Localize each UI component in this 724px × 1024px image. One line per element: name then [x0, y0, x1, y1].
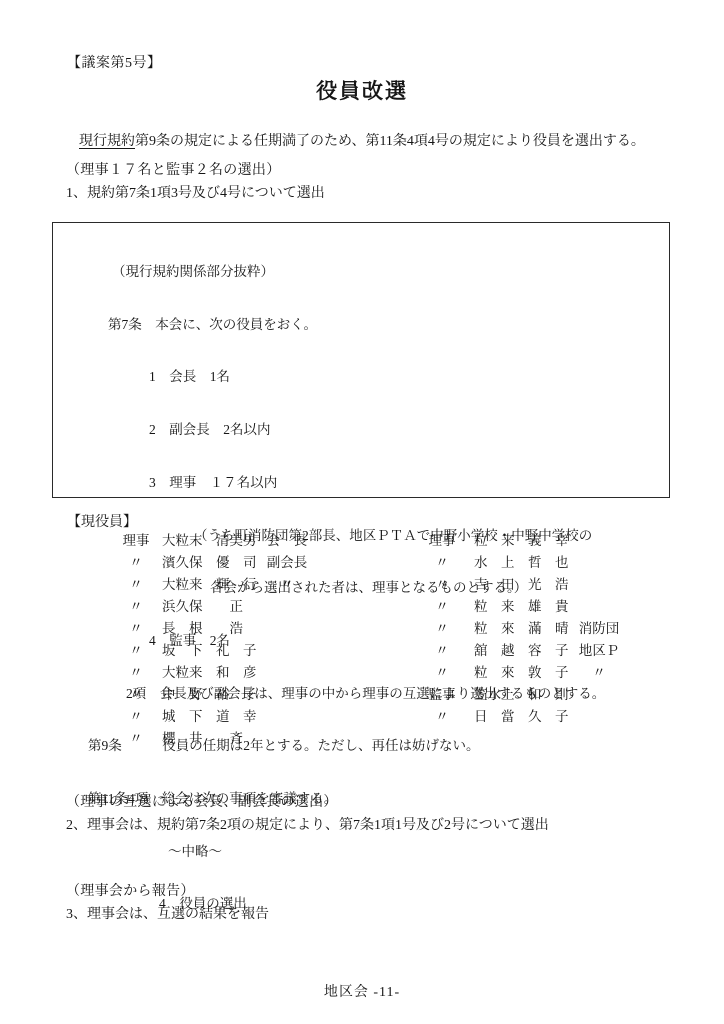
- officer-position: 〃: [422, 596, 462, 618]
- officer-name: 水 上 哲 也: [474, 552, 569, 574]
- officer-name: 浜久保 正: [162, 596, 243, 618]
- officer-role: 会 長: [258, 530, 316, 552]
- officer-position: 〃: [422, 618, 462, 640]
- officer-position: 〃: [116, 684, 156, 706]
- officer-row: 〃中 野 裕 子: [116, 684, 257, 706]
- officer-role: 副会長: [258, 552, 316, 574]
- officer-position: 監事: [422, 684, 462, 706]
- officer-name: 大粒末 清美男: [162, 530, 257, 552]
- officer-position: 理事: [116, 530, 156, 552]
- officer-name: 濱久保 優 司: [162, 552, 257, 574]
- officers-column-left: 理事大粒末 清美男会 長 〃濱久保 優 司副会長 〃大粒来 輝 行〃 〃浜久保 …: [116, 530, 257, 750]
- officer-row: 〃浜久保 正: [116, 596, 257, 618]
- officer-name: 粒 來 滿 晴: [474, 618, 569, 640]
- officer-row: 〃水 上 哲 也: [422, 552, 569, 574]
- officer-row: 〃舘 越 容 子地区Ｐ: [422, 640, 569, 662]
- bylaws-excerpt-box: （現行規約関係部分抜粋） 第7条 本会に、次の役員をおく。 1 会長 1名 2 …: [52, 222, 670, 498]
- officer-position: 〃: [422, 574, 462, 596]
- selection-note: （理事１７名と監事２名の選出）: [66, 159, 281, 179]
- officer-row: 〃大粒来 和 彦: [116, 662, 257, 684]
- officer-row: 〃粒 來 敦 子〃: [422, 662, 569, 684]
- officer-name: 吉 田 光 浩: [474, 574, 569, 596]
- proposal-number-label: 【議案第5号】: [67, 52, 162, 72]
- officer-position: 〃: [116, 640, 156, 662]
- officer-row: 〃櫻 井 斉: [116, 728, 257, 750]
- officer-name: 大粒来 輝 行: [162, 574, 257, 596]
- officer-position: 〃: [422, 552, 462, 574]
- officer-position: 〃: [116, 706, 156, 728]
- officers-column-right: 理事粒 来 義 幸 〃水 上 哲 也 〃吉 田 光 浩 〃粒 来 雄 貴 〃粒 …: [422, 530, 569, 728]
- document-title: 役員改選: [0, 75, 724, 105]
- current-officers-heading: 【現役員】: [67, 511, 137, 531]
- bylaw-line: ～中略～: [53, 842, 669, 863]
- officer-note: 〃: [570, 662, 628, 684]
- officer-row: 〃日 當 久 子: [422, 706, 569, 728]
- officer-name: 長 根 浩: [162, 618, 243, 640]
- officer-position: 〃: [116, 618, 156, 640]
- officer-name: 日 當 久 子: [474, 706, 569, 728]
- bylaw-line: 3 理事 １７名以内: [53, 473, 669, 494]
- agenda-item-1: 1、規約第7条1項3号及び4号について選出: [66, 182, 325, 202]
- officer-name: 舘 越 容 子: [474, 640, 569, 662]
- officer-role: 〃: [258, 574, 316, 596]
- officer-name: 笠水上 和 則: [474, 684, 569, 706]
- officer-position: 〃: [116, 728, 156, 750]
- officer-position: 〃: [116, 596, 156, 618]
- bylaw-line: 1 会長 1名: [53, 367, 669, 388]
- officer-position: 理事: [422, 530, 462, 552]
- officer-row: 〃城 下 道 幸: [116, 706, 257, 728]
- officer-position: 〃: [116, 552, 156, 574]
- officer-name: 粒 来 義 幸: [474, 530, 569, 552]
- officer-name: 粒 來 敦 子: [474, 662, 569, 684]
- officer-name: 大粒来 和 彦: [162, 662, 257, 684]
- officer-position: 〃: [422, 662, 462, 684]
- bylaw-line: （現行規約関係部分抜粋）: [53, 262, 669, 283]
- page-footer-label: 地区会 -11-: [0, 981, 724, 1001]
- officer-name: 中 野 裕 子: [162, 684, 257, 706]
- board-report-note: （理事会から報告）: [66, 880, 195, 900]
- document-page: 【議案第5号】 役員改選 現行規約第9条の規定による任期満了のため、第11条4項…: [0, 0, 724, 1024]
- officer-position: 〃: [422, 640, 462, 662]
- officer-position: 〃: [422, 706, 462, 728]
- underlined-term: 現行規約: [79, 134, 135, 149]
- officer-row: 〃粒 來 滿 晴消防団: [422, 618, 569, 640]
- officer-row: 理事粒 来 義 幸: [422, 530, 569, 552]
- officer-name: 粒 来 雄 貴: [474, 596, 569, 618]
- intro-paragraph: 現行規約第9条の規定による任期満了のため、第11条4項4号の規定により役員を選出…: [79, 130, 645, 150]
- bylaw-line: 第7条 本会に、次の役員をおく。: [53, 315, 669, 336]
- mutual-election-note: （理事の互選による会長、副会長の選出）: [66, 791, 338, 811]
- officer-row: 理事大粒末 清美男会 長: [116, 530, 257, 552]
- officer-note: 地区Ｐ: [570, 640, 628, 662]
- officer-note: 消防団: [570, 618, 628, 640]
- officer-row: 監事笠水上 和 則: [422, 684, 569, 706]
- agenda-item-3: 3、理事会は、互選の結果を報告: [66, 903, 269, 923]
- officer-row: 〃吉 田 光 浩: [422, 574, 569, 596]
- agenda-item-2: 2、理事会は、規約第7条2項の規定により、第7条1項1号及び2号について選出: [66, 814, 549, 834]
- officer-name: 城 下 道 幸: [162, 706, 257, 728]
- officer-row: 〃長 根 浩: [116, 618, 257, 640]
- intro-rest: 第9条の規定による任期満了のため、第11条4項4号の規定により役員を選出する。: [135, 134, 645, 149]
- officer-name: 櫻 井 斉: [162, 728, 243, 750]
- officer-name: 坂 下 礼 子: [162, 640, 257, 662]
- officer-row: 〃大粒来 輝 行〃: [116, 574, 257, 596]
- bylaw-line: 2 副会長 2名以内: [53, 420, 669, 441]
- officer-position: 〃: [116, 574, 156, 596]
- officer-row: 〃濱久保 優 司副会長: [116, 552, 257, 574]
- officer-row: 〃粒 来 雄 貴: [422, 596, 569, 618]
- officer-position: 〃: [116, 662, 156, 684]
- officer-row: 〃坂 下 礼 子: [116, 640, 257, 662]
